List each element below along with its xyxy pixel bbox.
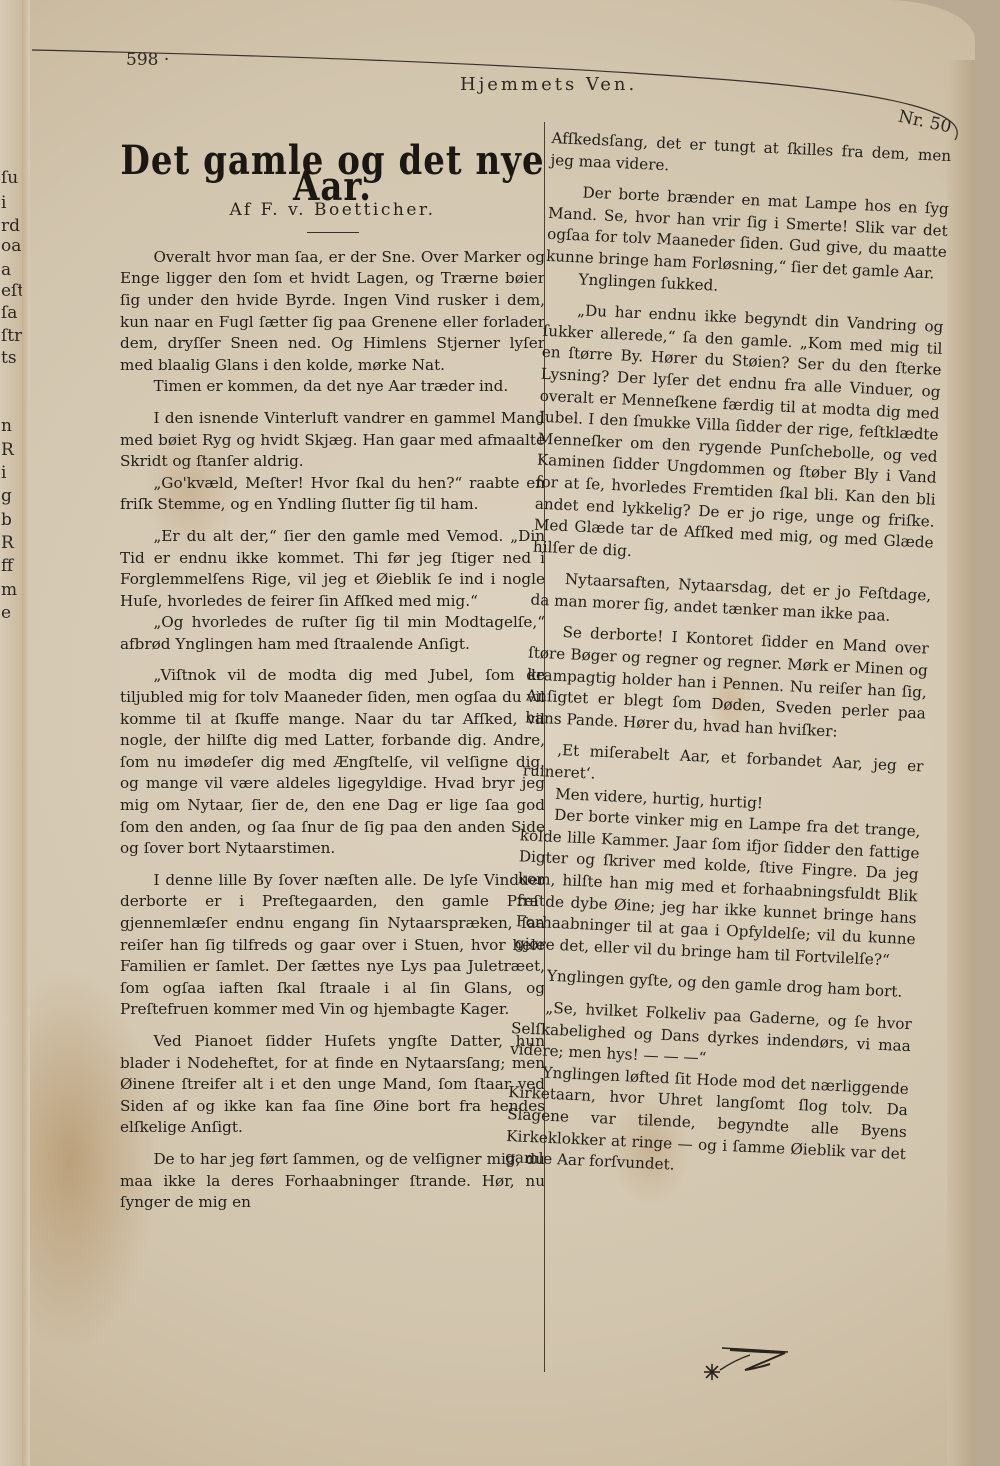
title-rule <box>307 232 359 233</box>
prev-page-fragment: eſt <box>1 283 24 300</box>
paragraph: Nytaarsaften, Nytaarsdag, det er jo Feſt… <box>530 568 932 629</box>
prev-page-fragment: n <box>1 418 12 435</box>
paragraph: Der borte vinker mig en Lampe fra det tr… <box>514 804 920 973</box>
paragraph: Ved Pianoet ſidder Huſets yngſte Datter,… <box>120 1031 545 1139</box>
paragraph: „Viſtnok vil de modta dig med Jubel, ſom… <box>120 665 545 859</box>
paragraph: Se derborte! I Kontoret ſidder en Mand o… <box>525 621 929 747</box>
prev-page-fragment: a <box>1 262 11 279</box>
prev-page-fragment: i <box>1 195 6 212</box>
paragraph: „Er du alt der,“ ſier den gamle med Vemo… <box>120 526 545 612</box>
magazine-page: 598 · Hjemmets Ven. Nr. 50 Det gamle og … <box>30 0 975 1466</box>
paragraph: „Og hvorledes de ruſter ſig til min Modt… <box>120 612 545 655</box>
paragraph: De to har jeg ført ſammen, og de velſign… <box>120 1149 545 1214</box>
article-title: Det gamle og det nye Aar. <box>120 149 545 200</box>
prev-page-fragment: ſa <box>1 305 17 322</box>
page-header: 598 · Hjemmets Ven. Nr. 50 <box>30 0 975 140</box>
prev-page-fragment: m <box>1 582 17 599</box>
prev-page-fragment: ſtr <box>1 328 22 345</box>
paragraph: „Go'kvæld, Meſter! Hvor ſkal du hen?“ ra… <box>120 473 545 516</box>
paragraph: I den isnende Vinterluft vandrer en gamm… <box>120 408 545 473</box>
prev-page-fragment: oa <box>1 238 21 255</box>
prev-page-fragment: rd <box>1 218 20 235</box>
prev-page-fragment: ſu <box>1 170 18 187</box>
prev-page-fragment: ff <box>1 558 13 575</box>
header-rule <box>30 0 975 150</box>
page-curl-edge <box>947 60 975 1466</box>
prev-page-fragment: R <box>1 442 14 459</box>
flourish-ornament-icon <box>700 1340 800 1390</box>
prev-page-fragment: g <box>1 488 12 505</box>
binding-gutter <box>22 0 30 1466</box>
prev-page-fragment: ts <box>1 350 17 367</box>
prev-page-fragment: R <box>1 535 14 552</box>
left-column: Det gamle og det nye Aar. Af F. v. Boett… <box>120 145 545 1214</box>
paragraph: Timen er kommen, da det nye Aar træder i… <box>120 376 545 398</box>
paragraph: Ynglingen løfted ſit Hode mod det nærlig… <box>505 1061 909 1187</box>
paragraph: I denne lille By ſover næſten alle. De l… <box>120 870 545 1021</box>
paragraph: „Du har endnu ikke begyndt din Vandring … <box>532 299 943 576</box>
paragraph: Overalt hvor man ſaa, er der Sne. Over M… <box>120 247 545 377</box>
prev-page-fragment: b <box>1 512 12 529</box>
prev-page-fragment: i <box>1 465 6 482</box>
previous-page-edge: ſu i rd oa a eſt ſa ſtr ts n R i g b R f… <box>0 0 24 1466</box>
right-column: Afſkedsſang, det er tungt at ſkilles fra… <box>505 128 952 1187</box>
prev-page-fragment: e <box>1 605 11 622</box>
